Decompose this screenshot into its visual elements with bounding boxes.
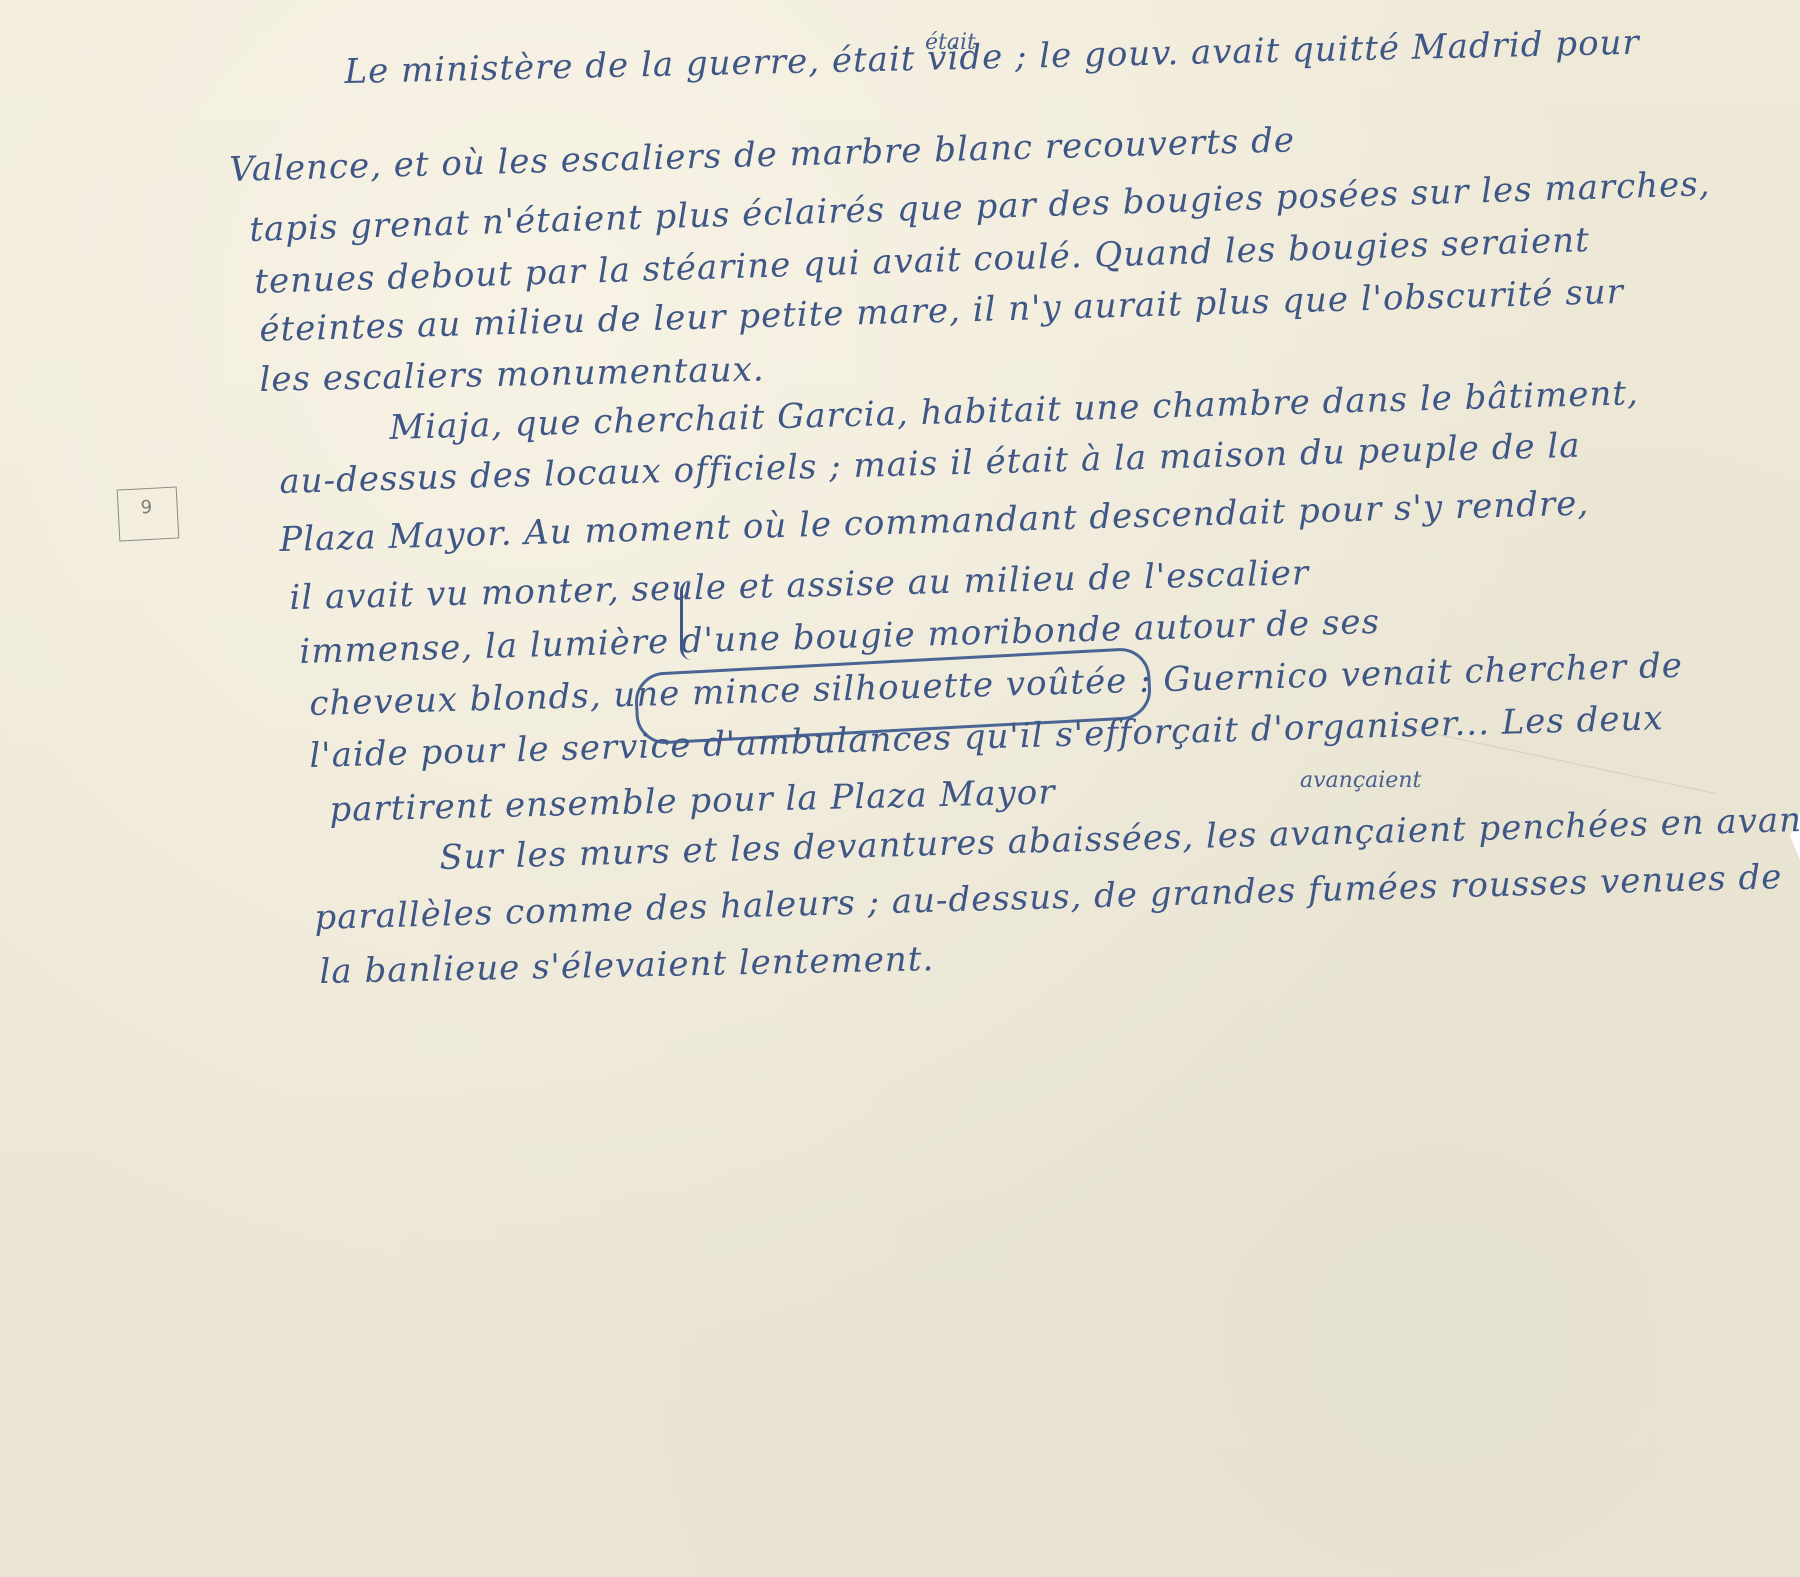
insertion-avancaient: avançaient xyxy=(1300,768,1421,793)
pencil-page-number-box: 9 xyxy=(117,486,180,541)
page-number: 9 xyxy=(140,497,153,519)
